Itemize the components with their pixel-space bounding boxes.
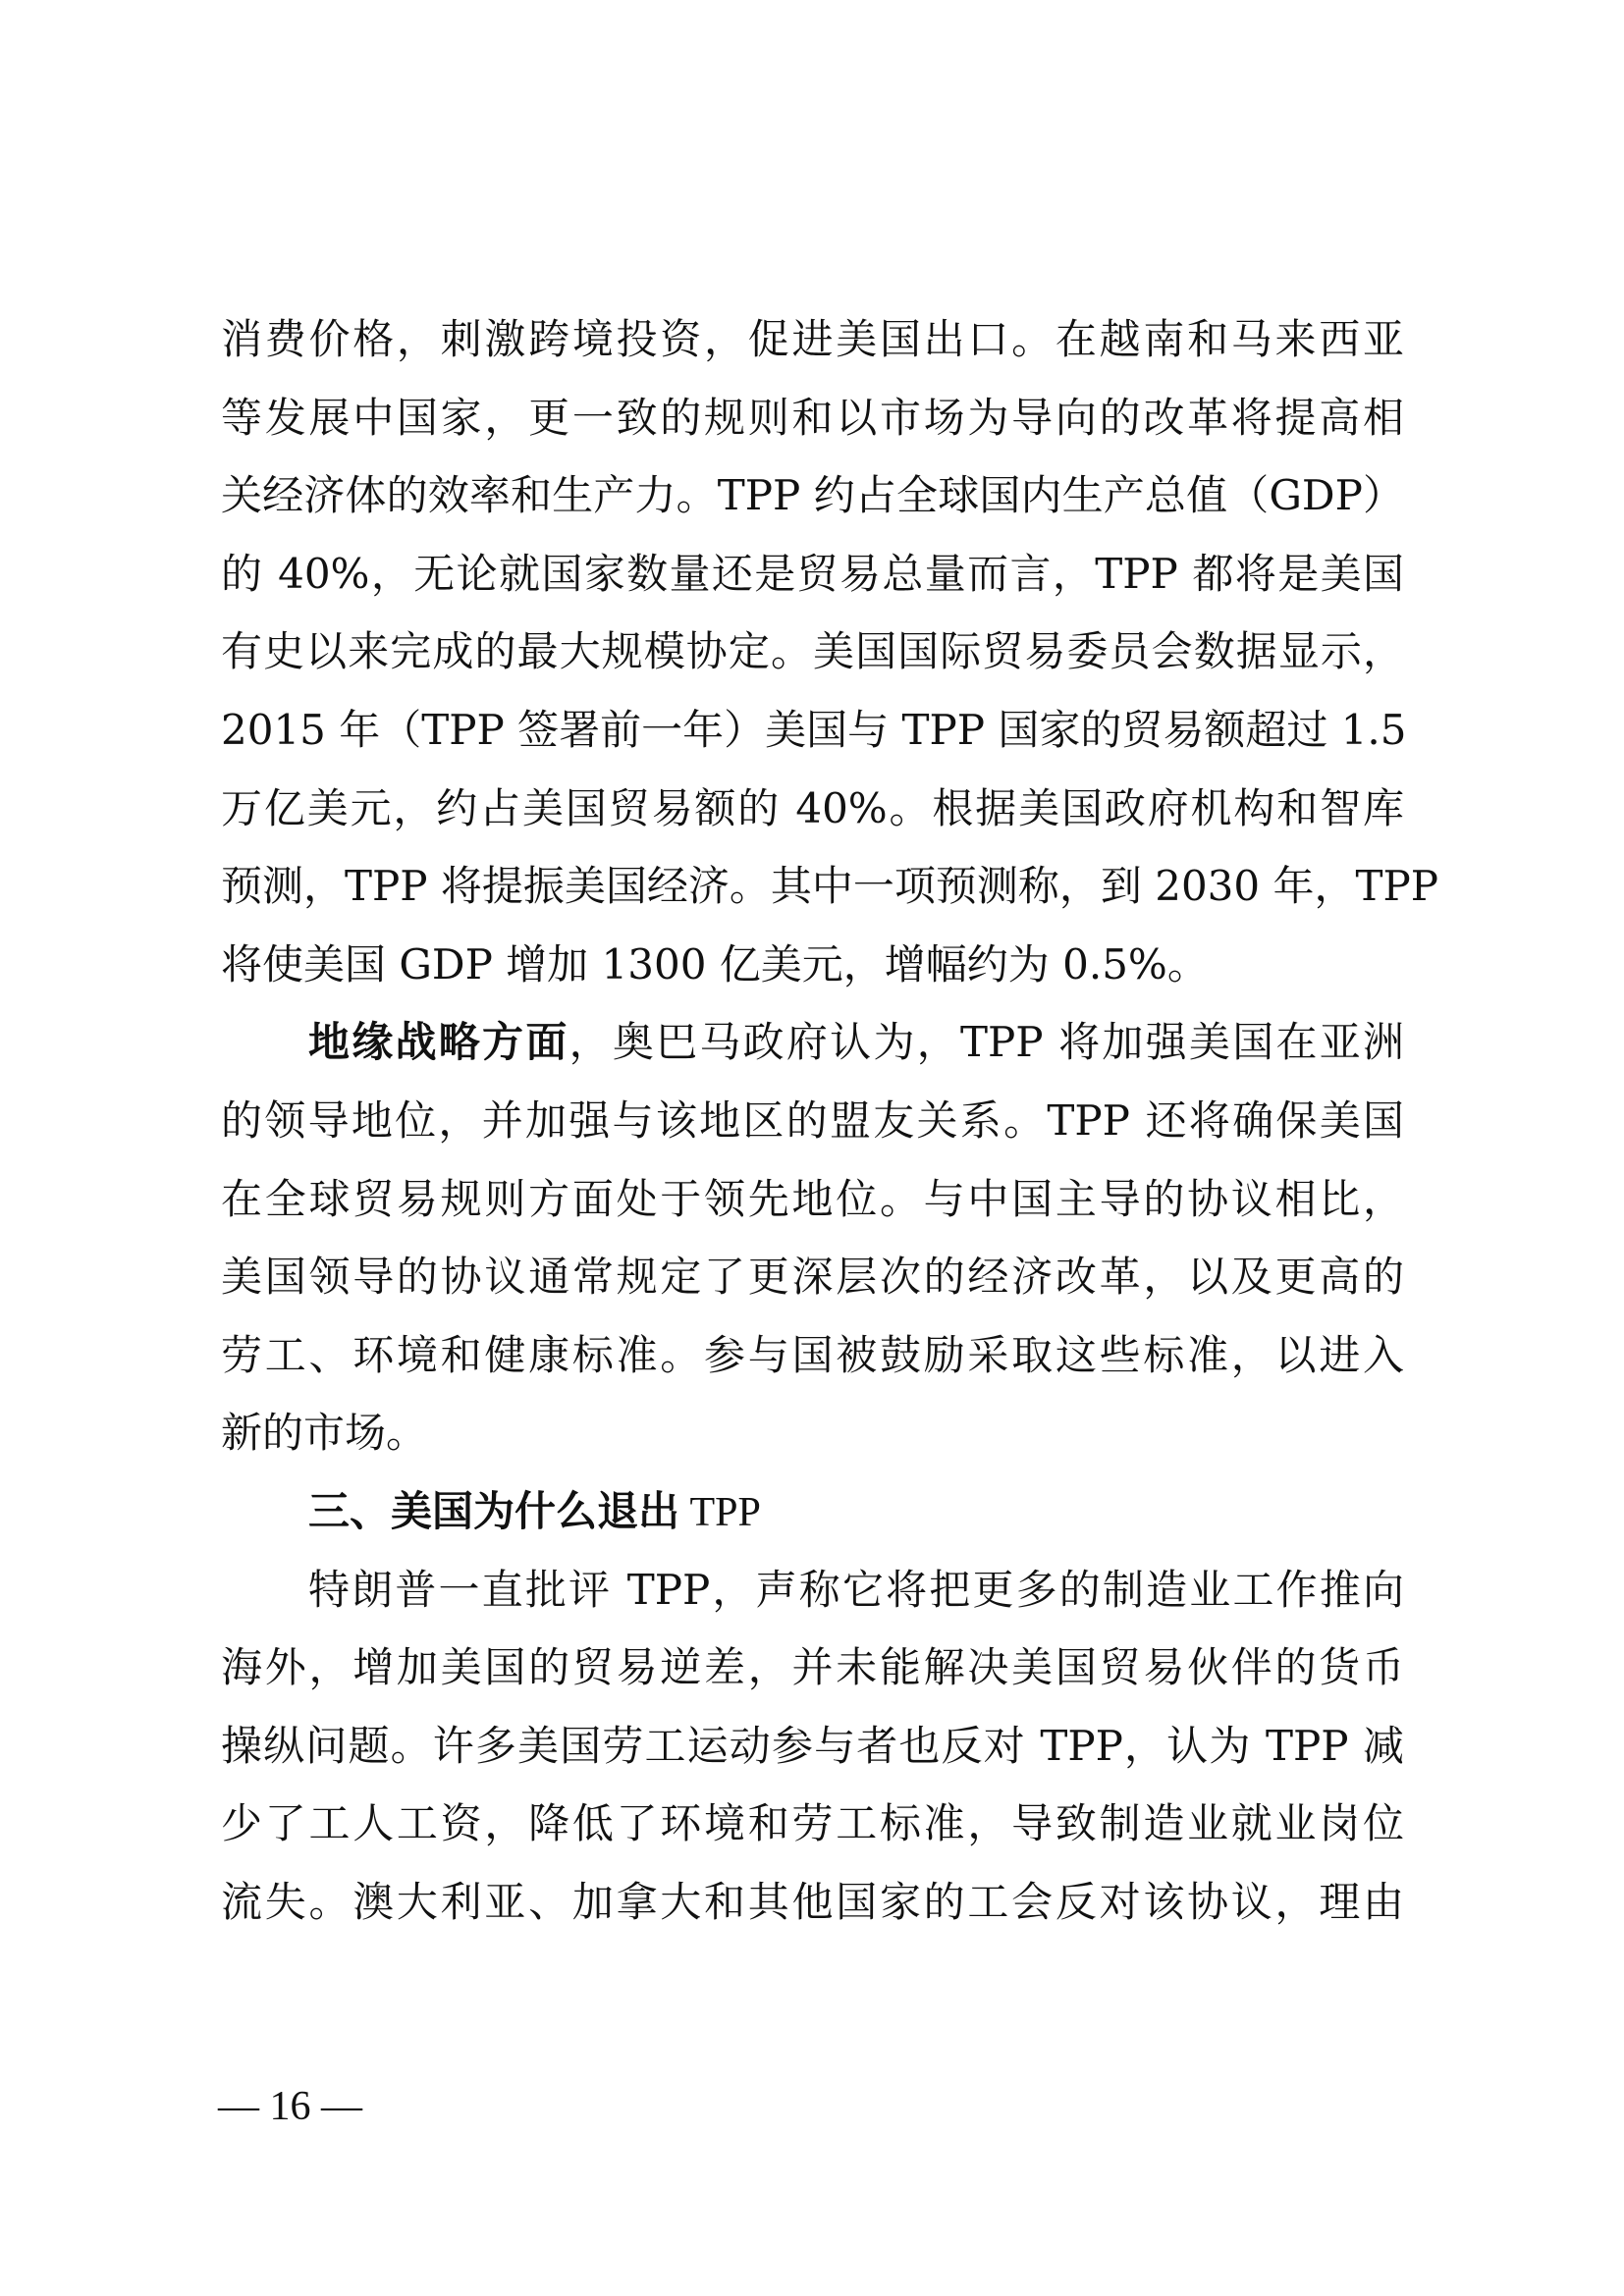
section-heading: 三、美国为什么退出 TPP <box>221 1472 1404 1551</box>
text-line-11: 的领导地位，并加强与该地区的盟友关系。TPP 还将确保美国 <box>221 1082 1404 1160</box>
text-line-10: ，奥巴马政府认为，TPP 将加强美国在亚洲 <box>569 1018 1404 1066</box>
body-text: 消费价格，刺激跨境投资，促进美国出口。在越南和马来西亚 等发展中国家，更一致的规… <box>221 300 1404 1941</box>
text-line-6: 2015 年（TPP 签署前一年）美国与 TPP 国家的贸易额超过 1.5 <box>221 691 1404 770</box>
text-line-1: 消费价格，刺激跨境投资，促进美国出口。在越南和马来西亚 <box>221 300 1404 379</box>
paragraph-geostrategy-first-line: 地缘战略方面，奥巴马政府认为，TPP 将加强美国在亚洲 <box>221 1003 1404 1082</box>
text-line-8: 预测，TPP 将提振美国经济。其中一项预测称，到 2030 年，TPP <box>221 847 1404 926</box>
text-line-18: 海外，增加美国的贸易逆差，并未能解决美国贸易伙伴的货币 <box>221 1629 1404 1707</box>
text-line-12: 在全球贸易规则方面处于领先地位。与中国主导的协议相比， <box>221 1160 1404 1239</box>
bold-lead-geostrategy: 地缘战略方面 <box>308 1018 569 1066</box>
text-line-3: 关经济体的效率和生产力。TPP 约占全球国内生产总值（GDP） <box>221 456 1404 535</box>
text-line-7: 万亿美元，约占美国贸易额的 40%。根据美国政府机构和智库 <box>221 770 1404 848</box>
text-line-21: 流失。澳大利亚、加拿大和其他国家的工会反对该协议，理由 <box>221 1863 1404 1942</box>
text-line-20: 少了工人工资，降低了环境和劳工标准，导致制造业就业岗位 <box>221 1785 1404 1863</box>
text-line-2: 等发展中国家，更一致的规则和以市场为导向的改革将提高相 <box>221 379 1404 457</box>
text-line-4: 的 40%，无论就国家数量还是贸易总量而言，TPP 都将是美国 <box>221 535 1404 614</box>
text-line-15: 新的市场。 <box>221 1394 1404 1472</box>
section-heading-latin: TPP <box>679 1490 761 1535</box>
text-line-19: 操纵问题。许多美国劳工运动参与者也反对 TPP，认为 TPP 减 <box>221 1707 1404 1786</box>
section-heading-text: 三、美国为什么退出 <box>308 1487 679 1535</box>
page-number: — 16 — <box>218 2079 362 2134</box>
text-line-17: 特朗普一直批评 TPP，声称它将把更多的制造业工作推向 <box>221 1551 1404 1629</box>
text-line-5: 有史以来完成的最大规模协定。美国国际贸易委员会数据显示， <box>221 613 1404 691</box>
document-page: 消费价格，刺激跨境投资，促进美国出口。在越南和马来西亚 等发展中国家，更一致的规… <box>0 0 1624 2296</box>
text-line-14: 劳工、环境和健康标准。参与国被鼓励采取这些标准，以进入 <box>221 1316 1404 1395</box>
text-line-13: 美国领导的协议通常规定了更深层次的经济改革，以及更高的 <box>221 1238 1404 1316</box>
text-line-9: 将使美国 GDP 增加 1300 亿美元，增幅约为 0.5%。 <box>221 926 1404 1004</box>
